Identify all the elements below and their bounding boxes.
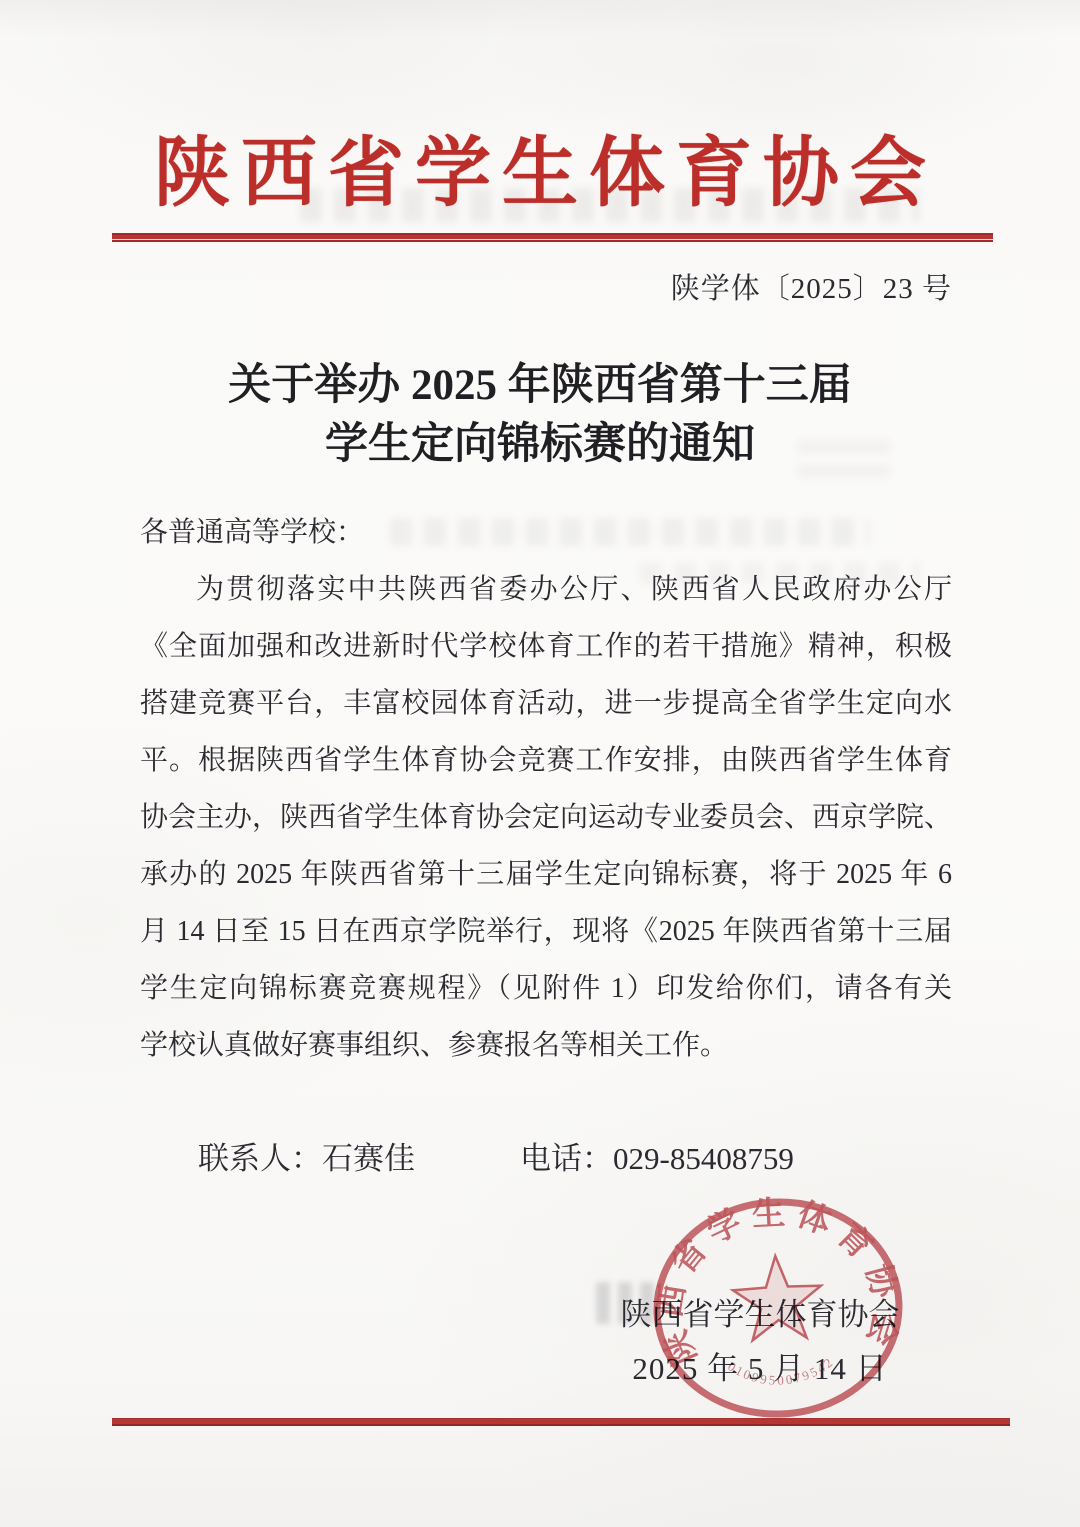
body-line: 搭建竞赛平台，丰富校园体育活动，进一步提高全省学生定向水: [140, 675, 952, 732]
body-line: 承办的 2025 年陕西省第十三届学生定向锦标赛，将于 2025 年 6: [140, 846, 952, 903]
body-line: 为贯彻落实中共陕西省委办公厅、陕西省人民政府办公厅: [140, 561, 952, 618]
body-line: 月 14 日至 15 日在西京学院举行，现将《2025 年陕西省第十三届: [140, 903, 952, 960]
document-title-line1: 关于举办 2025 年陕西省第十三届: [0, 356, 1080, 415]
scanned-notice-page: 陕西省学生体育协会 陕学体〔2025〕23 号 关于举办 2025 年陕西省第十…: [0, 0, 1080, 1527]
contact-phone-label: 电话：: [520, 1141, 613, 1176]
contact-row: 联系人：石赛佳 电话：029-85408759: [0, 1130, 1080, 1187]
document-title-line2: 学生定向锦标赛的通知: [0, 415, 1080, 474]
signature-block: 陕西省学生体育协会 2025 年 5 月 14 日: [520, 1288, 1000, 1396]
salutation: 各普通高等学校：: [140, 504, 952, 561]
signature-date: 2025 年 5 月 14 日: [520, 1342, 1000, 1396]
contact-person-label: 联系人：: [198, 1141, 322, 1176]
document-title: 关于举办 2025 年陕西省第十三届 学生定向锦标赛的通知: [0, 356, 1080, 474]
contact-person-name: 石赛佳: [322, 1141, 415, 1176]
document-body: 各普通高等学校： 为贯彻落实中共陕西省委办公厅、陕西省人民政府办公厅 《全面加强…: [140, 504, 952, 1074]
signature-org-name: 陕西省学生体育协会: [520, 1288, 1000, 1342]
contact-phone: 电话：029-85408759: [520, 1130, 794, 1187]
contact-person: 联系人：石赛佳: [198, 1130, 415, 1187]
document-number: 陕学体〔2025〕23 号: [671, 266, 952, 307]
body-line: 学生定向锦标赛竞赛规程》（见附件 1）印发给你们，请各有关: [140, 960, 952, 1017]
footer-rule: [112, 1418, 1010, 1426]
body-line: 学校认真做好赛事组织、参赛报名等相关工作。: [140, 1017, 952, 1074]
letterhead-org-name: 陕西省学生体育协会: [0, 131, 1080, 217]
body-line: 平。根据陕西省学生体育协会竞赛工作安排，由陕西省学生体育: [140, 732, 952, 789]
body-line: 《全面加强和改进新时代学校体育工作的若干措施》精神，积极: [140, 618, 952, 675]
contact-phone-number: 029-85408759: [613, 1141, 794, 1176]
body-line: 协会主办，陕西省学生体育协会定向运动专业委员会、西京学院、: [140, 789, 952, 846]
letterhead-rule: [112, 233, 993, 242]
